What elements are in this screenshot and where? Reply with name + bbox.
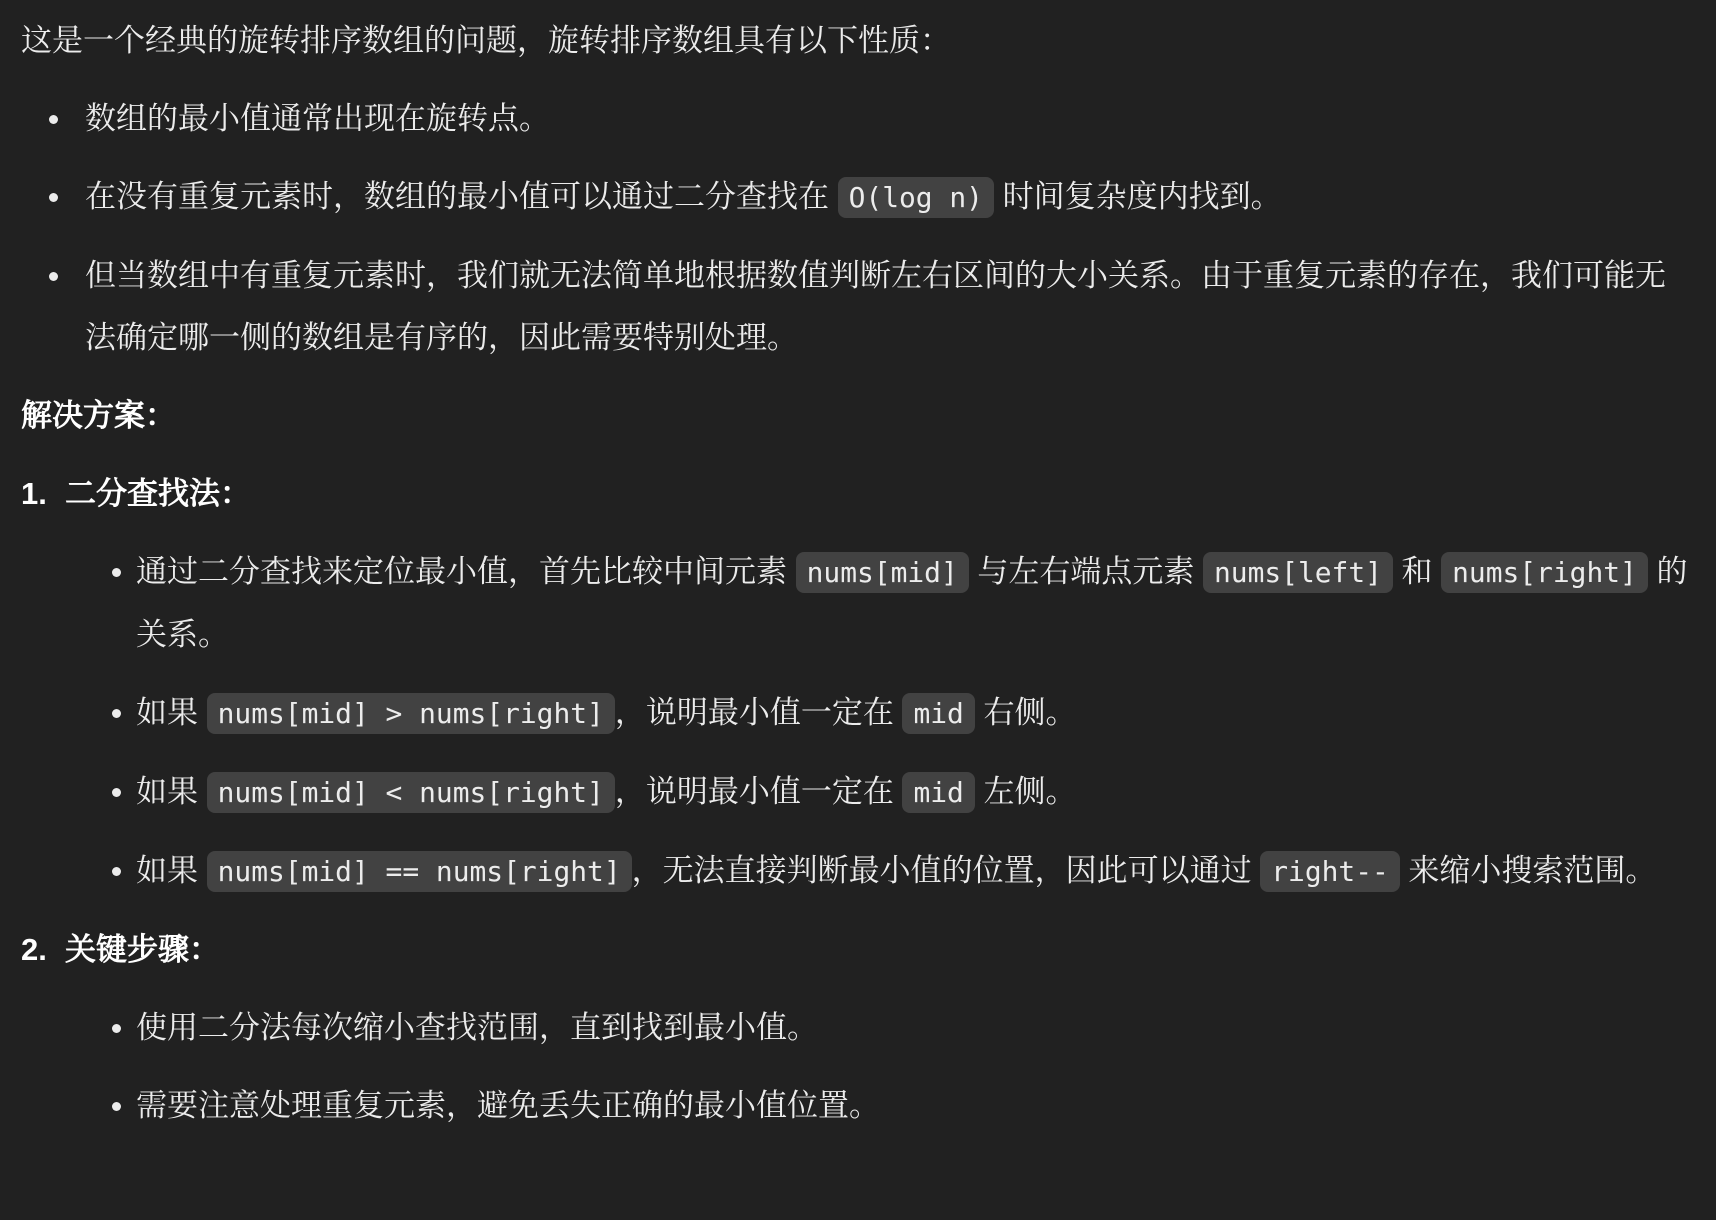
assistant-message: 这是一个经典的旋转排序数组的问题，旋转排序数组具有以下性质： 数组的最小值通常出… [21,10,1692,1137]
bullet-item: 但当数组中有重复元素时，我们就无法简单地根据数值判断左右区间的大小关系。由于重复… [21,245,1692,369]
bullet-text: 如果 nums[mid] == nums[right]，无法直接判断最小值的位置… [136,853,1656,888]
bullet-text: 如果 nums[mid] > nums[right]，说明最小值一定在 mid … [136,695,1076,730]
text-run: 左侧。 [975,774,1077,809]
inline-code: nums[mid] [796,552,969,593]
bullet-icon [49,272,58,281]
step-number: 1. [21,463,47,525]
bullet-item: 如果 nums[mid] > nums[right]，说明最小值一定在 mid … [65,682,1692,745]
text-run: 使用二分法每次缩小查找范围，直到找到最小值。 [136,1010,818,1045]
text-run: 需要注意处理重复元素，避免丢失正确的最小值位置。 [136,1088,880,1123]
text-run: ，无法直接判断最小值的位置，因此可以通过 [632,853,1261,888]
bullet-icon [49,193,58,202]
inline-code: mid [902,693,974,734]
solution-steps-list: 1.二分查找法：通过二分查找来定位最小值，首先比较中间元素 nums[mid] … [21,463,1692,1137]
bullet-icon [112,1024,121,1033]
text-run: ，说明最小值一定在 [615,695,903,730]
text-run: 和 [1393,554,1441,589]
bullet-text: 通过二分查找来定位最小值，首先比较中间元素 nums[mid] 与左右端点元素 … [136,554,1687,652]
text-run: 在没有重复元素时，数组的最小值可以通过二分查找在 [85,179,838,214]
numbered-step: 1.二分查找法：通过二分查找来定位最小值，首先比较中间元素 nums[mid] … [21,463,1692,903]
bullet-item: 在没有重复元素时，数组的最小值可以通过二分查找在 O(log n) 时间复杂度内… [21,166,1692,229]
bullet-icon [112,568,121,577]
text-run: 如果 [136,695,207,730]
bullet-item: 数组的最小值通常出现在旋转点。 [21,88,1692,150]
text-run: 通过二分查找来定位最小值，首先比较中间元素 [136,554,796,589]
bullet-item: 通过二分查找来定位最小值，首先比较中间元素 nums[mid] 与左右端点元素 … [65,541,1692,666]
bullet-text: 在没有重复元素时，数组的最小值可以通过二分查找在 O(log n) 时间复杂度内… [85,179,1282,214]
bullet-item: 需要注意处理重复元素，避免丢失正确的最小值位置。 [65,1075,1692,1137]
bullet-item: 如果 nums[mid] == nums[right]，无法直接判断最小值的位置… [65,840,1692,903]
text-run: 右侧。 [975,695,1077,730]
intro-paragraph: 这是一个经典的旋转排序数组的问题，旋转排序数组具有以下性质： [21,10,1692,72]
numbered-step: 2.关键步骤：使用二分法每次缩小查找范围，直到找到最小值。需要注意处理重复元素，… [21,919,1692,1137]
text-run: ，说明最小值一定在 [615,774,903,809]
bullet-item: 使用二分法每次缩小查找范围，直到找到最小值。 [65,997,1692,1059]
bullet-text: 如果 nums[mid] < nums[right]，说明最小值一定在 mid … [136,774,1076,809]
bullet-icon [112,788,121,797]
inline-code: nums[right] [1441,552,1648,593]
step-number: 2. [21,919,47,981]
text-run: 与左右端点元素 [969,554,1203,589]
step-title: 二分查找法： [65,476,251,511]
properties-list: 数组的最小值通常出现在旋转点。在没有重复元素时，数组的最小值可以通过二分查找在 … [21,88,1692,369]
inline-code: nums[mid] < nums[right] [207,772,615,813]
inline-code: mid [902,772,974,813]
step-title: 关键步骤： [65,932,220,967]
bullet-text: 需要注意处理重复元素，避免丢失正确的最小值位置。 [136,1088,880,1123]
text-run: 来缩小搜索范围。 [1400,853,1657,888]
bullet-icon [49,115,58,124]
text-run: 数组的最小值通常出现在旋转点。 [85,101,550,136]
inline-code: nums[mid] == nums[right] [207,851,632,892]
inline-code: nums[mid] > nums[right] [207,693,615,734]
bullet-icon [112,1102,121,1111]
text-run: 但当数组中有重复元素时，我们就无法简单地根据数值判断左右区间的大小关系。由于重复… [85,258,1666,355]
bullet-icon [112,867,121,876]
text-run: 时间复杂度内找到。 [994,179,1282,214]
bullet-icon [112,709,121,718]
bullet-text: 但当数组中有重复元素时，我们就无法简单地根据数值判断左右区间的大小关系。由于重复… [85,258,1666,355]
text-run: 如果 [136,774,207,809]
bullet-text: 数组的最小值通常出现在旋转点。 [85,101,550,136]
step-bullets-list: 使用二分法每次缩小查找范围，直到找到最小值。需要注意处理重复元素，避免丢失正确的… [65,997,1692,1137]
inline-code: O(log n) [838,177,994,218]
text-run: 如果 [136,853,207,888]
solution-heading: 解决方案： [21,385,1692,447]
inline-code: nums[left] [1203,552,1393,593]
inline-code: right-- [1260,851,1400,892]
step-bullets-list: 通过二分查找来定位最小值，首先比较中间元素 nums[mid] 与左右端点元素 … [65,541,1692,903]
bullet-item: 如果 nums[mid] < nums[right]，说明最小值一定在 mid … [65,761,1692,824]
bullet-text: 使用二分法每次缩小查找范围，直到找到最小值。 [136,1010,818,1045]
